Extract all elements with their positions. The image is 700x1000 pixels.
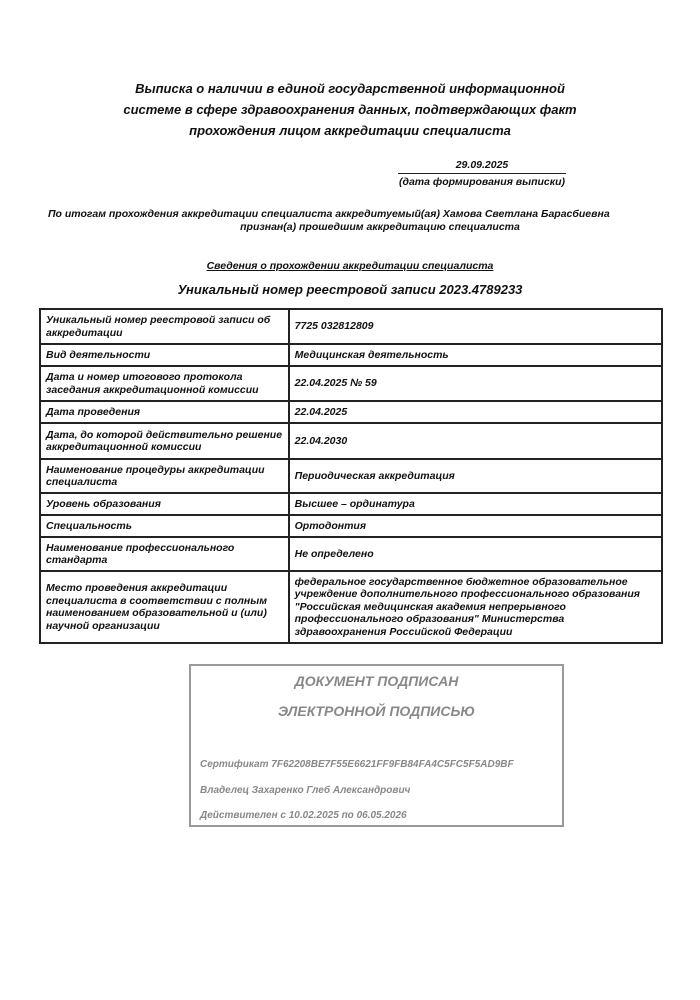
table-row: Дата и номер итогового протокола заседан…: [40, 366, 662, 401]
row-label: Дата проведения: [40, 401, 289, 423]
registry-number-title: Уникальный номер реестровой записи 2023.…: [0, 282, 700, 297]
row-value: Высшее – ординатура: [289, 493, 662, 515]
row-value: Ортодонтия: [289, 515, 662, 537]
table-row: Специальность Ортодонтия: [40, 515, 662, 537]
row-value: Не определено: [289, 537, 662, 571]
row-label: Специальность: [40, 515, 289, 537]
row-value: 22.04.2025: [289, 401, 662, 423]
formation-date-caption: (дата формирования выписки): [398, 175, 566, 189]
accreditation-result-text: По итогам прохождения аккредитации специ…: [48, 208, 610, 221]
signature-heading: ДОКУМЕНТ ПОДПИСАН: [191, 673, 562, 689]
table-row: Место проведения аккредитации специалист…: [40, 571, 662, 643]
table-row: Уникальный номер реестровой записи об ак…: [40, 309, 662, 344]
row-value: 22.04.2030: [289, 423, 662, 459]
accreditation-info-table: Уникальный номер реестровой записи об ак…: [39, 308, 663, 644]
accreditation-result-status: признан(а) прошедшим аккредитацию специа…: [0, 221, 700, 234]
section-title: Сведения о прохождении аккредитации спец…: [0, 260, 700, 272]
formation-date: 29.09.2025: [398, 159, 566, 174]
row-label: Наименование профессионального стандарта: [40, 537, 289, 571]
signature-certificate: Сертификат 7F62208BE7F55E6621FF9FB84FA4C…: [200, 759, 514, 770]
row-label: Дата и номер итогового протокола заседан…: [40, 366, 289, 401]
document-title-line: прохождения лицом аккредитации специалис…: [100, 120, 600, 141]
row-label: Наименование процедуры аккредитации спец…: [40, 459, 289, 493]
table-row: Уровень образования Высшее – ординатура: [40, 493, 662, 515]
document-title-line: Выписка о наличии в единой государственн…: [100, 78, 600, 99]
document-title-line: системе в сфере здравоохранения данных, …: [100, 99, 600, 120]
electronic-signature-stamp: ДОКУМЕНТ ПОДПИСАН ЭЛЕКТРОННОЙ ПОДПИСЬЮ С…: [189, 664, 564, 827]
signature-heading: ЭЛЕКТРОННОЙ ПОДПИСЬЮ: [191, 703, 562, 719]
row-label: Место проведения аккредитации специалист…: [40, 571, 289, 643]
row-label: Уровень образования: [40, 493, 289, 515]
row-value: 7725 032812809: [289, 309, 662, 344]
row-value: Медицинская деятельность: [289, 344, 662, 366]
row-value: федеральное государственное бюджетное об…: [289, 571, 662, 643]
table-row: Наименование профессионального стандарта…: [40, 537, 662, 571]
row-label: Уникальный номер реестровой записи об ак…: [40, 309, 289, 344]
table-row: Вид деятельности Медицинская деятельност…: [40, 344, 662, 366]
row-value: 22.04.2025 № 59: [289, 366, 662, 401]
document-title: Выписка о наличии в единой государственн…: [100, 78, 600, 141]
table-row: Наименование процедуры аккредитации спец…: [40, 459, 662, 493]
table-row: Дата проведения 22.04.2025: [40, 401, 662, 423]
formation-date-block: 29.09.2025 (дата формирования выписки): [398, 159, 566, 189]
signature-owner: Владелец Захаренко Глеб Александрович: [200, 785, 410, 796]
signature-validity: Действителен с 10.02.2025 по 06.05.2026: [200, 810, 407, 821]
row-value: Периодическая аккредитация: [289, 459, 662, 493]
table-row: Дата, до которой действительно решение а…: [40, 423, 662, 459]
row-label: Дата, до которой действительно решение а…: [40, 423, 289, 459]
row-label: Вид деятельности: [40, 344, 289, 366]
